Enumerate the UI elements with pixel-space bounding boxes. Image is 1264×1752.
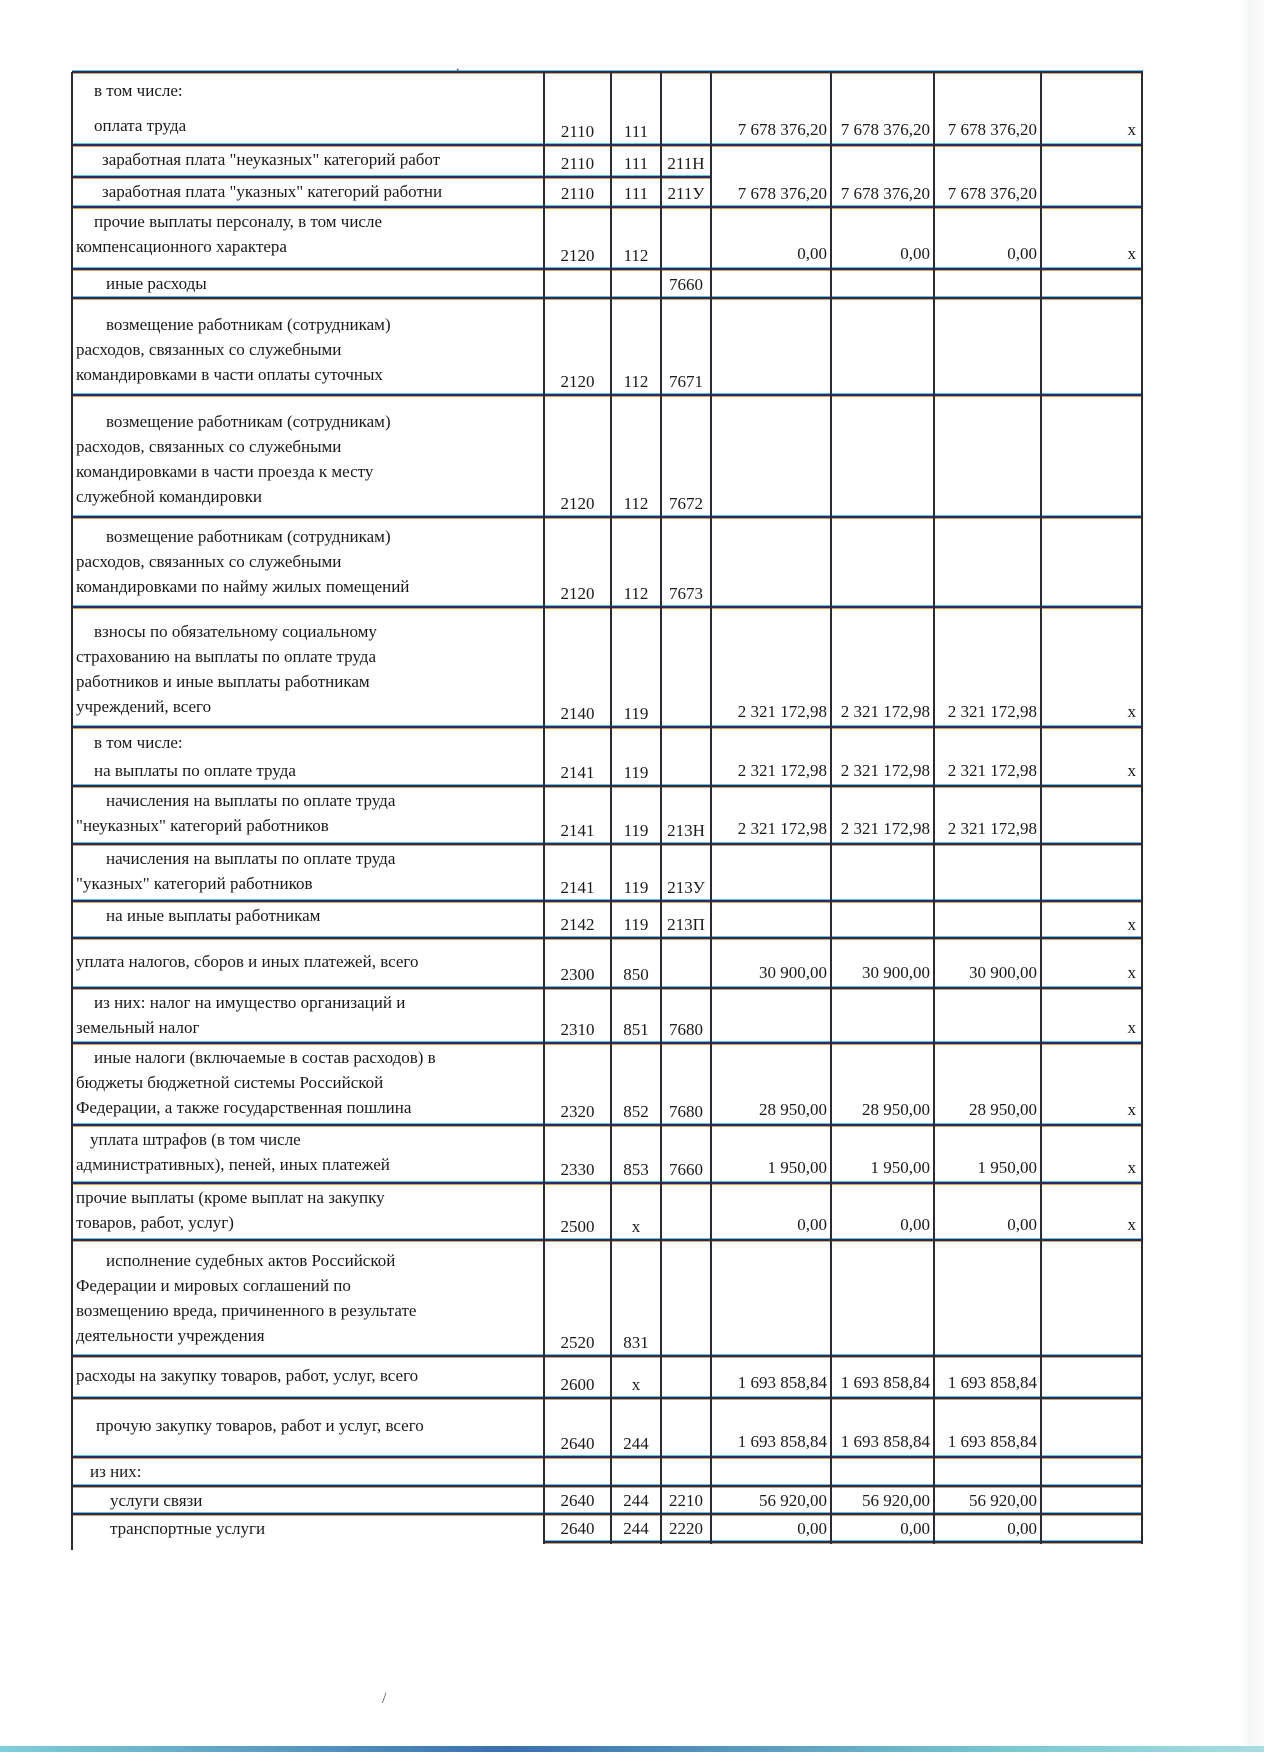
cell-kbk: 852 [611,1043,661,1125]
row-label: исполнение судебных актов Российской Фед… [74,1242,542,1355]
cell-a1: 7 678 376,20 [711,72,831,145]
cell-kosgu [661,938,711,988]
cell-a3 [934,988,1041,1043]
cell-line: 2120 [544,207,611,269]
cell-kbk: 831 [611,1240,661,1356]
cell-kbk: 112 [611,517,661,607]
cell-x [1041,395,1142,517]
cell-x [1041,1457,1142,1486]
cell-kosgu: 2220 [661,1514,711,1542]
cell-line: 2320 [544,1043,611,1125]
table-horizontal-rule [72,297,1143,299]
cell-line: 2640 [544,1514,611,1542]
cell-a1: 0,00 [711,207,831,269]
cell-a1 [711,298,831,395]
table-horizontal-rule [72,144,1143,146]
row-label-line: оплата труда [76,109,542,144]
row-label: иные налоги (включаемые в состав расходо… [74,1045,542,1124]
cell-x [1041,1486,1142,1514]
table-horizontal-rule [72,843,1143,845]
cell-a3 [934,298,1041,395]
cell-x [1041,298,1142,395]
cell-kbk: 119 [611,901,661,938]
cell-a3: 2 321 172,98 [934,727,1041,786]
cell-a2 [831,988,934,1043]
cell-a3: 0,00 [934,1183,1041,1240]
cell-a3 [934,269,1041,298]
cell-x: x [1041,72,1142,145]
row-label: в том числе:на выплаты по оплате труда [74,729,542,785]
cell-a2 [831,844,934,901]
cell-kbk: 111 [611,145,661,177]
cell-line: 2330 [544,1125,611,1183]
cell-a1 [711,1457,831,1486]
cell-a1 [711,844,831,901]
cell-kosgu: 213П [661,901,711,938]
cell-x [1041,1398,1142,1457]
cell-a1: 2 321 172,98 [711,786,831,844]
cell-kosgu [661,1240,711,1356]
cell-a2 [831,517,934,607]
cell-a2: 2 321 172,98 [831,727,934,786]
cell-line: 2120 [544,517,611,607]
cell-a1: 1 693 858,84 [711,1398,831,1457]
cell-kosgu [661,1457,711,1486]
cell-kbk: 119 [611,844,661,901]
cell-kbk: 111 [611,72,661,145]
cell-kosgu: 7660 [661,1125,711,1183]
cell-kbk: 244 [611,1398,661,1457]
cell-a2 [831,395,934,517]
row-label: начисления на выплаты по оплате труда "у… [74,846,542,900]
table-vertical-rule [610,72,612,1544]
table-vertical-rule [1040,72,1042,1544]
table-vertical-rule [710,72,712,1544]
row-label: прочие выплаты персоналу, в том числе ко… [74,209,542,268]
cell-line: 2640 [544,1486,611,1514]
cell-a1 [711,1240,831,1356]
cell-x [1041,145,1142,177]
table-vertical-rule [933,72,935,1544]
cell-kosgu: 7680 [661,1043,711,1125]
table-horizontal-rule [72,1485,1143,1487]
cell-line: 2110 [544,72,611,145]
cell-kbk: 851 [611,988,661,1043]
cell-a2 [831,298,934,395]
row-label: транспортные услуги [74,1516,542,1541]
cell-x [1041,517,1142,607]
cell-kosgu: 213У [661,844,711,901]
row-label: из них: [74,1459,542,1485]
cell-x: x [1041,1043,1142,1125]
table-horizontal-rule [72,606,1143,608]
cell-kosgu: 211Н [661,145,711,177]
cell-kosgu [661,1183,711,1240]
table-horizontal-rule [72,268,1143,270]
cell-a1: 0,00 [711,1183,831,1240]
cell-line: 2600 [544,1356,611,1398]
budget-table: в том числе:оплата труда21101117 678 376… [0,0,1264,1752]
table-horizontal-rule [72,1042,1143,1044]
table-horizontal-rule [72,1124,1143,1126]
row-label: услуги связи [74,1488,542,1513]
table-vertical-rule [1141,72,1143,1544]
cell-kbk: 244 [611,1514,661,1542]
scan-edge-bottom [0,1746,1264,1752]
cell-a3: 0,00 [934,1514,1041,1542]
table-horizontal-rule [72,394,1143,396]
table-horizontal-rule [72,176,712,178]
table-vertical-rule [830,72,832,1544]
cell-a3 [934,395,1041,517]
cell-kbk: 111 [611,177,661,207]
cell-a1 [711,517,831,607]
cell-x [1041,786,1142,844]
table-vertical-rule [543,72,545,1544]
cell-line: 2640 [544,1398,611,1457]
cell-x [1041,269,1142,298]
row-label-line: в том числе: [76,729,542,757]
table-vertical-rule [71,72,73,1550]
table-horizontal-rule [72,987,1143,989]
cell-a2: 30 900,00 [831,938,934,988]
row-label-line: на выплаты по оплате труда [76,757,542,785]
cell-a1: 28 950,00 [711,1043,831,1125]
cell-x [1041,1356,1142,1398]
cell-a2 [831,269,934,298]
cell-kbk: 119 [611,607,661,727]
cell-kosgu [661,207,711,269]
cell-kosgu: 7673 [661,517,711,607]
cell-a3 [934,1240,1041,1356]
cell-kbk: 119 [611,786,661,844]
cell-a3: 0,00 [934,207,1041,269]
row-label: расходы на закупку товаров, работ, услуг… [74,1358,542,1397]
row-label: иные расходы [74,271,542,297]
cell-x: x [1041,607,1142,727]
cell-line: 2520 [544,1240,611,1356]
cell-x: x [1041,988,1142,1043]
cell-kbk: 119 [611,727,661,786]
cell-a1: 1 693 858,84 [711,1356,831,1398]
cell-kbk: x [611,1356,661,1398]
table-horizontal-rule [72,1239,1143,1241]
cell-line: 2500 [544,1183,611,1240]
cell-a2 [831,901,934,938]
cell-x [1041,177,1142,207]
cell-a2: 7 678 376,20 [831,177,934,207]
cell-a3 [934,145,1041,177]
cell-a2 [831,1240,934,1356]
cell-x: x [1041,727,1142,786]
cell-a2: 56 920,00 [831,1486,934,1514]
cell-a2: 0,00 [831,207,934,269]
cell-a3: 28 950,00 [934,1043,1041,1125]
row-label: взносы по обязательному социальному стра… [74,609,542,726]
cell-line: 2140 [544,607,611,727]
cell-line: 2141 [544,844,611,901]
cell-line: 2120 [544,298,611,395]
cell-line: 2141 [544,727,611,786]
cell-kbk: 853 [611,1125,661,1183]
cell-kosgu: 7672 [661,395,711,517]
table-horizontal-rule [72,206,1143,208]
row-label: уплата штрафов (в том числе администрати… [74,1127,542,1182]
cell-a2: 28 950,00 [831,1043,934,1125]
table-horizontal-rule [72,726,1143,728]
cell-kosgu: 213Н [661,786,711,844]
scan-mark: / [382,1690,386,1708]
row-label: прочую закупку товаров, работ и услуг, в… [74,1400,542,1456]
cell-line: 2141 [544,786,611,844]
cell-a2 [831,145,934,177]
cell-a1: 7 678 376,20 [711,177,831,207]
cell-x: x [1041,207,1142,269]
cell-kbk [611,269,661,298]
table-horizontal-rule [72,71,1143,73]
cell-kosgu [661,72,711,145]
cell-a3: 7 678 376,20 [934,72,1041,145]
table-horizontal-rule [72,937,1143,939]
cell-kbk: 244 [611,1486,661,1514]
cell-a2: 2 321 172,98 [831,786,934,844]
row-label: возмещение работникам (сотрудникам) расх… [74,519,542,606]
row-label: в том числе:оплата труда [74,74,542,144]
row-label: из них: налог на имущество организаций и… [74,990,542,1042]
cell-kosgu [661,1398,711,1457]
cell-a2: 0,00 [831,1183,934,1240]
cell-a2: 1 693 858,84 [831,1398,934,1457]
cell-kbk: 112 [611,207,661,269]
cell-line: 2110 [544,145,611,177]
cell-a2: 7 678 376,20 [831,72,934,145]
cell-a3: 1 693 858,84 [934,1356,1041,1398]
cell-kosgu: 7660 [661,269,711,298]
cell-kbk: 850 [611,938,661,988]
row-label: начисления на выплаты по оплате труда "н… [74,788,542,843]
cell-x [1041,844,1142,901]
row-label: возмещение работникам (сотрудникам) расх… [74,300,542,394]
scan-speck: · [455,62,460,80]
cell-x [1041,1240,1142,1356]
cell-a3 [934,844,1041,901]
cell-line [544,269,611,298]
cell-a2: 1 693 858,84 [831,1356,934,1398]
cell-a1 [711,988,831,1043]
cell-x: x [1041,901,1142,938]
cell-line: 2310 [544,988,611,1043]
table-horizontal-rule [72,1397,1143,1399]
cell-a3 [934,901,1041,938]
table-horizontal-rule [72,1513,1143,1515]
cell-a3: 1 693 858,84 [934,1398,1041,1457]
table-horizontal-rule [544,1541,1143,1543]
cell-a2: 0,00 [831,1514,934,1542]
cell-a3 [934,1457,1041,1486]
cell-line: 2120 [544,395,611,517]
cell-kbk: x [611,1183,661,1240]
cell-kosgu: 7671 [661,298,711,395]
cell-kosgu: 7680 [661,988,711,1043]
cell-a1: 30 900,00 [711,938,831,988]
cell-kosgu: 211У [661,177,711,207]
row-label-line: в том числе: [76,74,542,109]
row-label: уплата налогов, сборов и иных платежей, … [74,940,542,987]
cell-kosgu [661,727,711,786]
cell-a2 [831,1457,934,1486]
row-label: прочие выплаты (кроме выплат на закупку … [74,1185,542,1239]
cell-a1: 2 321 172,98 [711,727,831,786]
cell-a3: 2 321 172,98 [934,786,1041,844]
cell-a1 [711,901,831,938]
cell-line: 2142 [544,901,611,938]
cell-a3: 30 900,00 [934,938,1041,988]
cell-line: 2300 [544,938,611,988]
cell-x: x [1041,1183,1142,1240]
cell-x [1041,1514,1142,1542]
cell-a1: 0,00 [711,1514,831,1542]
row-label: на иные выплаты работникам [74,903,542,937]
cell-a1 [711,145,831,177]
cell-a3: 2 321 172,98 [934,607,1041,727]
table-vertical-rule [660,72,662,1544]
cell-x: x [1041,938,1142,988]
table-horizontal-rule [72,1456,1143,1458]
row-label: заработная плата "указных" категорий раб… [74,179,542,206]
cell-a1 [711,395,831,517]
cell-kbk [611,1457,661,1486]
cell-kosgu [661,1356,711,1398]
cell-a3 [934,517,1041,607]
cell-a2: 1 950,00 [831,1125,934,1183]
cell-line: 2110 [544,177,611,207]
cell-line [544,1457,611,1486]
cell-a3: 1 950,00 [934,1125,1041,1183]
cell-kosgu [661,607,711,727]
cell-kbk: 112 [611,298,661,395]
table-horizontal-rule [72,785,1143,787]
cell-kosgu: 2210 [661,1486,711,1514]
cell-a3: 56 920,00 [934,1486,1041,1514]
row-label: возмещение работникам (сотрудникам) расх… [74,397,542,516]
table-horizontal-rule [72,1355,1143,1357]
cell-a1 [711,269,831,298]
cell-a1: 1 950,00 [711,1125,831,1183]
row-label: заработная плата "неуказных" категорий р… [74,147,542,176]
cell-a3: 7 678 376,20 [934,177,1041,207]
table-horizontal-rule [72,900,1143,902]
cell-a1: 2 321 172,98 [711,607,831,727]
cell-x: x [1041,1125,1142,1183]
cell-kbk: 112 [611,395,661,517]
cell-a2: 2 321 172,98 [831,607,934,727]
table-horizontal-rule [72,516,1143,518]
table-horizontal-rule [72,1182,1143,1184]
cell-a1: 56 920,00 [711,1486,831,1514]
